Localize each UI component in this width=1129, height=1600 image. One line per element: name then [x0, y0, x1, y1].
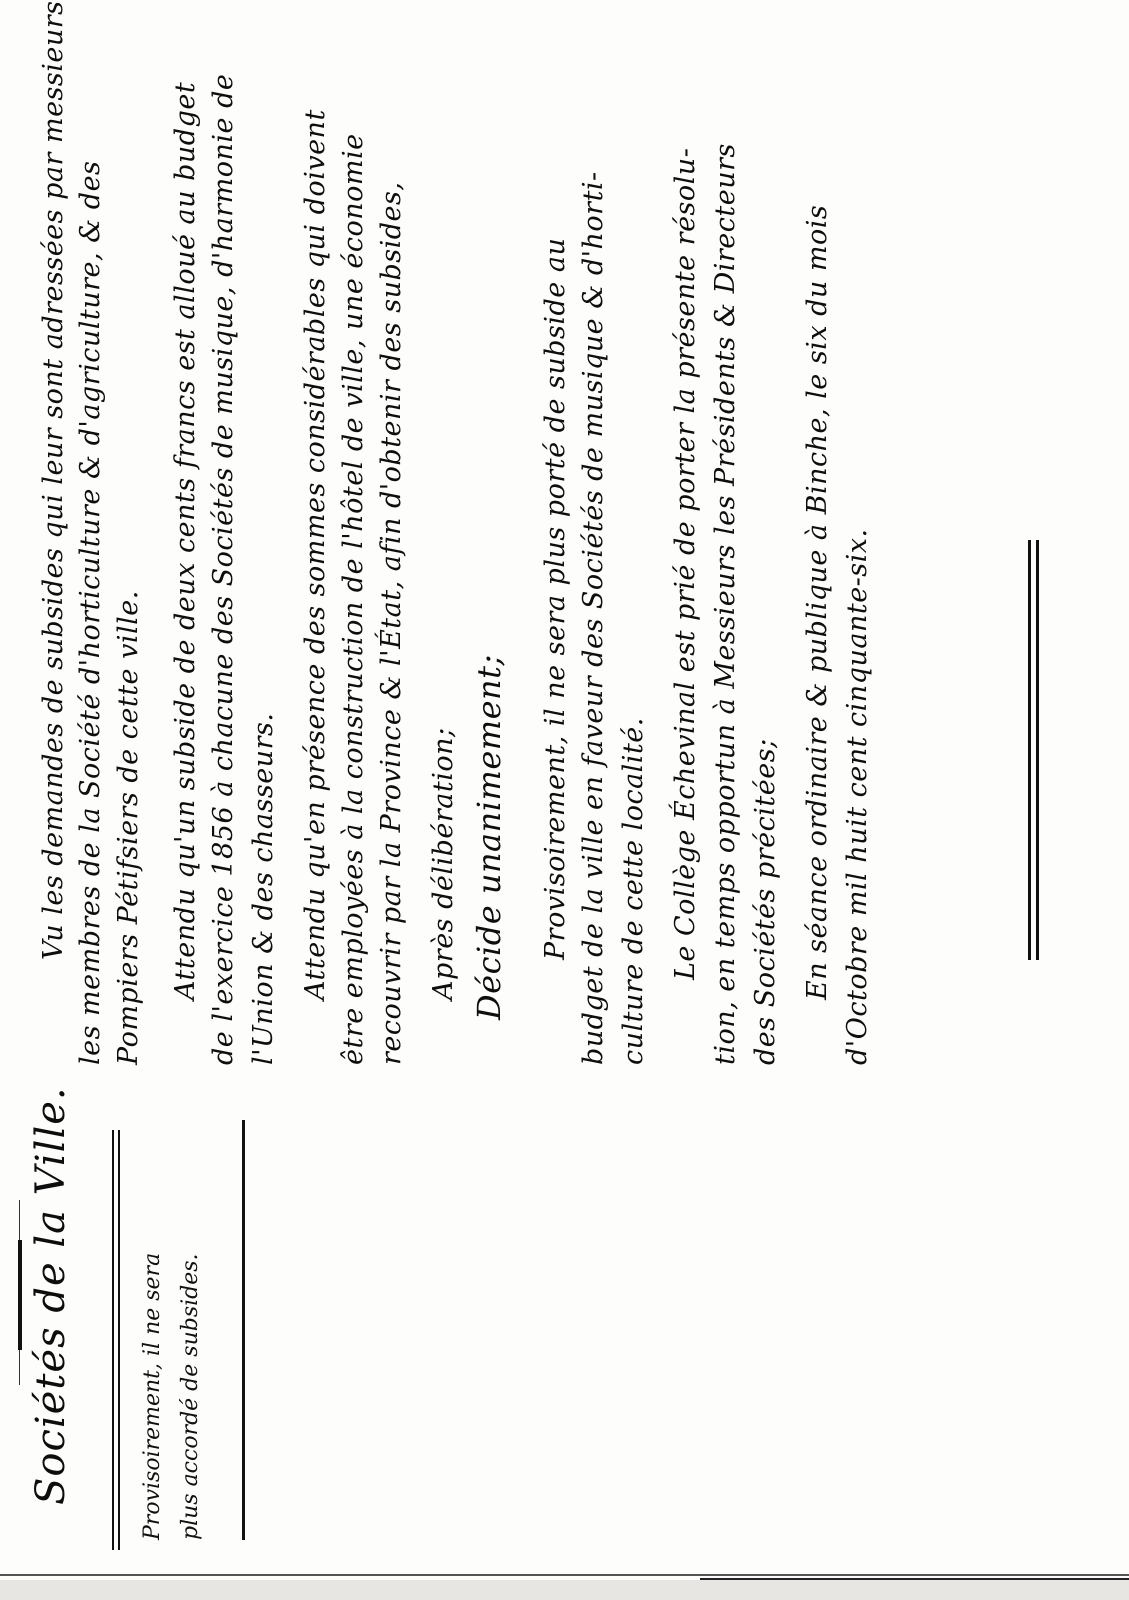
scan-border: [0, 1580, 1129, 1600]
body-text-line: Provisoirement, il ne sera plus porté de…: [540, 238, 571, 960]
margin-rule: [242, 1120, 245, 1540]
manuscript-page: Sociétés de la Ville. Provisoirement, il…: [0, 0, 1129, 1600]
body-text-line: Décide unanimement;: [470, 654, 508, 1020]
body-text-line: Pompiers Pétifsiers de cette ville.: [113, 590, 144, 1065]
closing-double-rule: [1036, 540, 1039, 960]
body-text-line: Le Collège Échevinal est prié de porter …: [670, 148, 701, 980]
margin-note-line: plus accordé de subsides.: [178, 1253, 203, 1540]
closing-double-rule: [1028, 540, 1031, 960]
margin-heading: Sociétés de la Ville.: [28, 1086, 74, 1505]
body-text-line: Vu les demandes de subsides qui leur son…: [38, 0, 69, 960]
body-text-line: Attendu qu'en présence des sommes consid…: [300, 109, 331, 1000]
body-text-line: les membres de la Société d'horticulture…: [75, 161, 106, 1065]
margin-note-line: Provisoirement, il ne sera: [140, 1253, 165, 1540]
body-text-line: des Sociétés précitées;: [750, 738, 781, 1065]
margin-ornament-bar: [18, 1240, 22, 1350]
body-text-line: tion, en temps opportun à Messieurs les …: [710, 143, 741, 1065]
body-text-line: être employées à la construction de l'hô…: [338, 133, 369, 1065]
body-text-line: Attendu qu'un subside de deux cents fran…: [170, 82, 201, 1000]
body-text-line: recouvrir par la Province & l'État, afin…: [376, 182, 407, 1065]
body-text-line: de l'exercice 1856 à chacune des Société…: [208, 74, 239, 1065]
body-text-line: En séance ordinaire & publique à Binche,…: [802, 205, 833, 1000]
body-text-line: culture de cette localité.: [618, 717, 649, 1065]
body-text-line: d'Octobre mil huit cent cinquante-six.: [842, 528, 873, 1065]
margin-double-rule: [118, 1130, 120, 1550]
page-edge: [0, 1574, 1129, 1576]
body-text-line: l'Union & des chasseurs.: [248, 713, 279, 1065]
body-text-line: Après délibération;: [428, 727, 459, 1000]
margin-double-rule: [112, 1130, 114, 1550]
body-text-line: budget de la ville en faveur des Société…: [578, 171, 609, 1065]
